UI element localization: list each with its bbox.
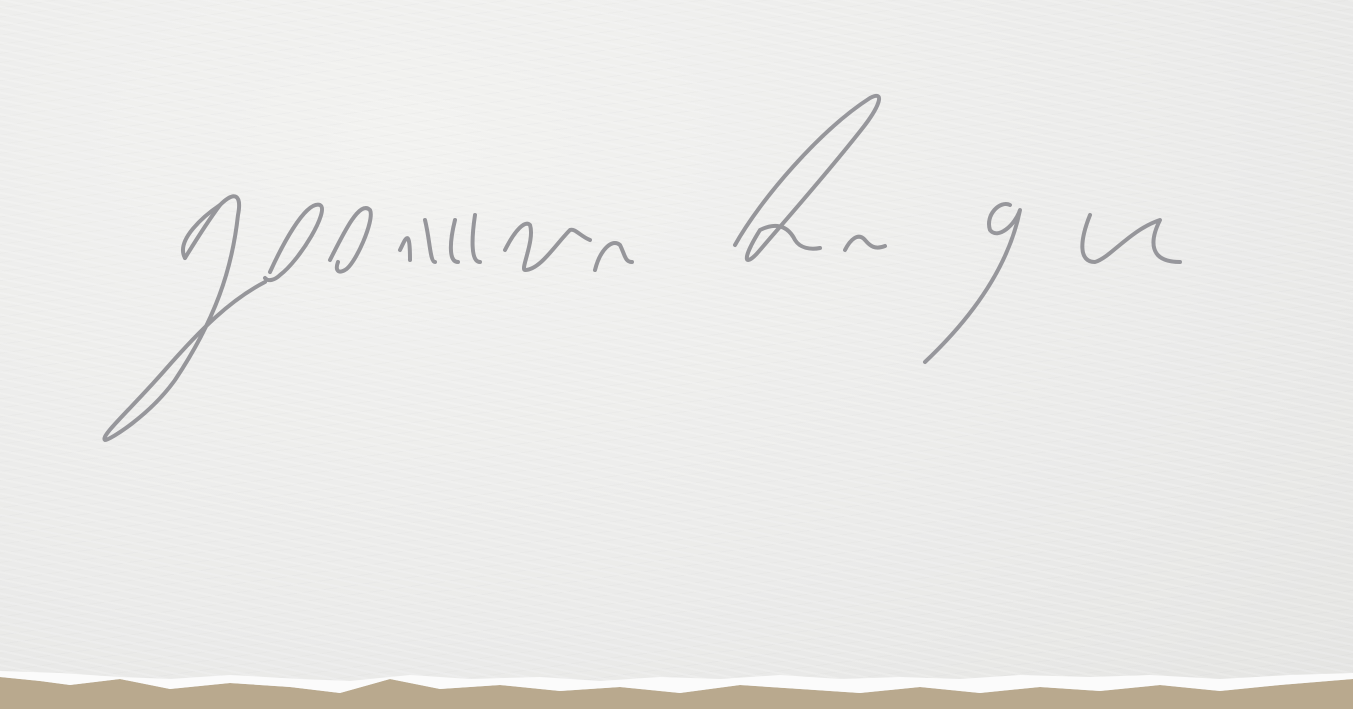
- pencil-signature: [0, 0, 1353, 709]
- deckle-edge: [0, 649, 1353, 709]
